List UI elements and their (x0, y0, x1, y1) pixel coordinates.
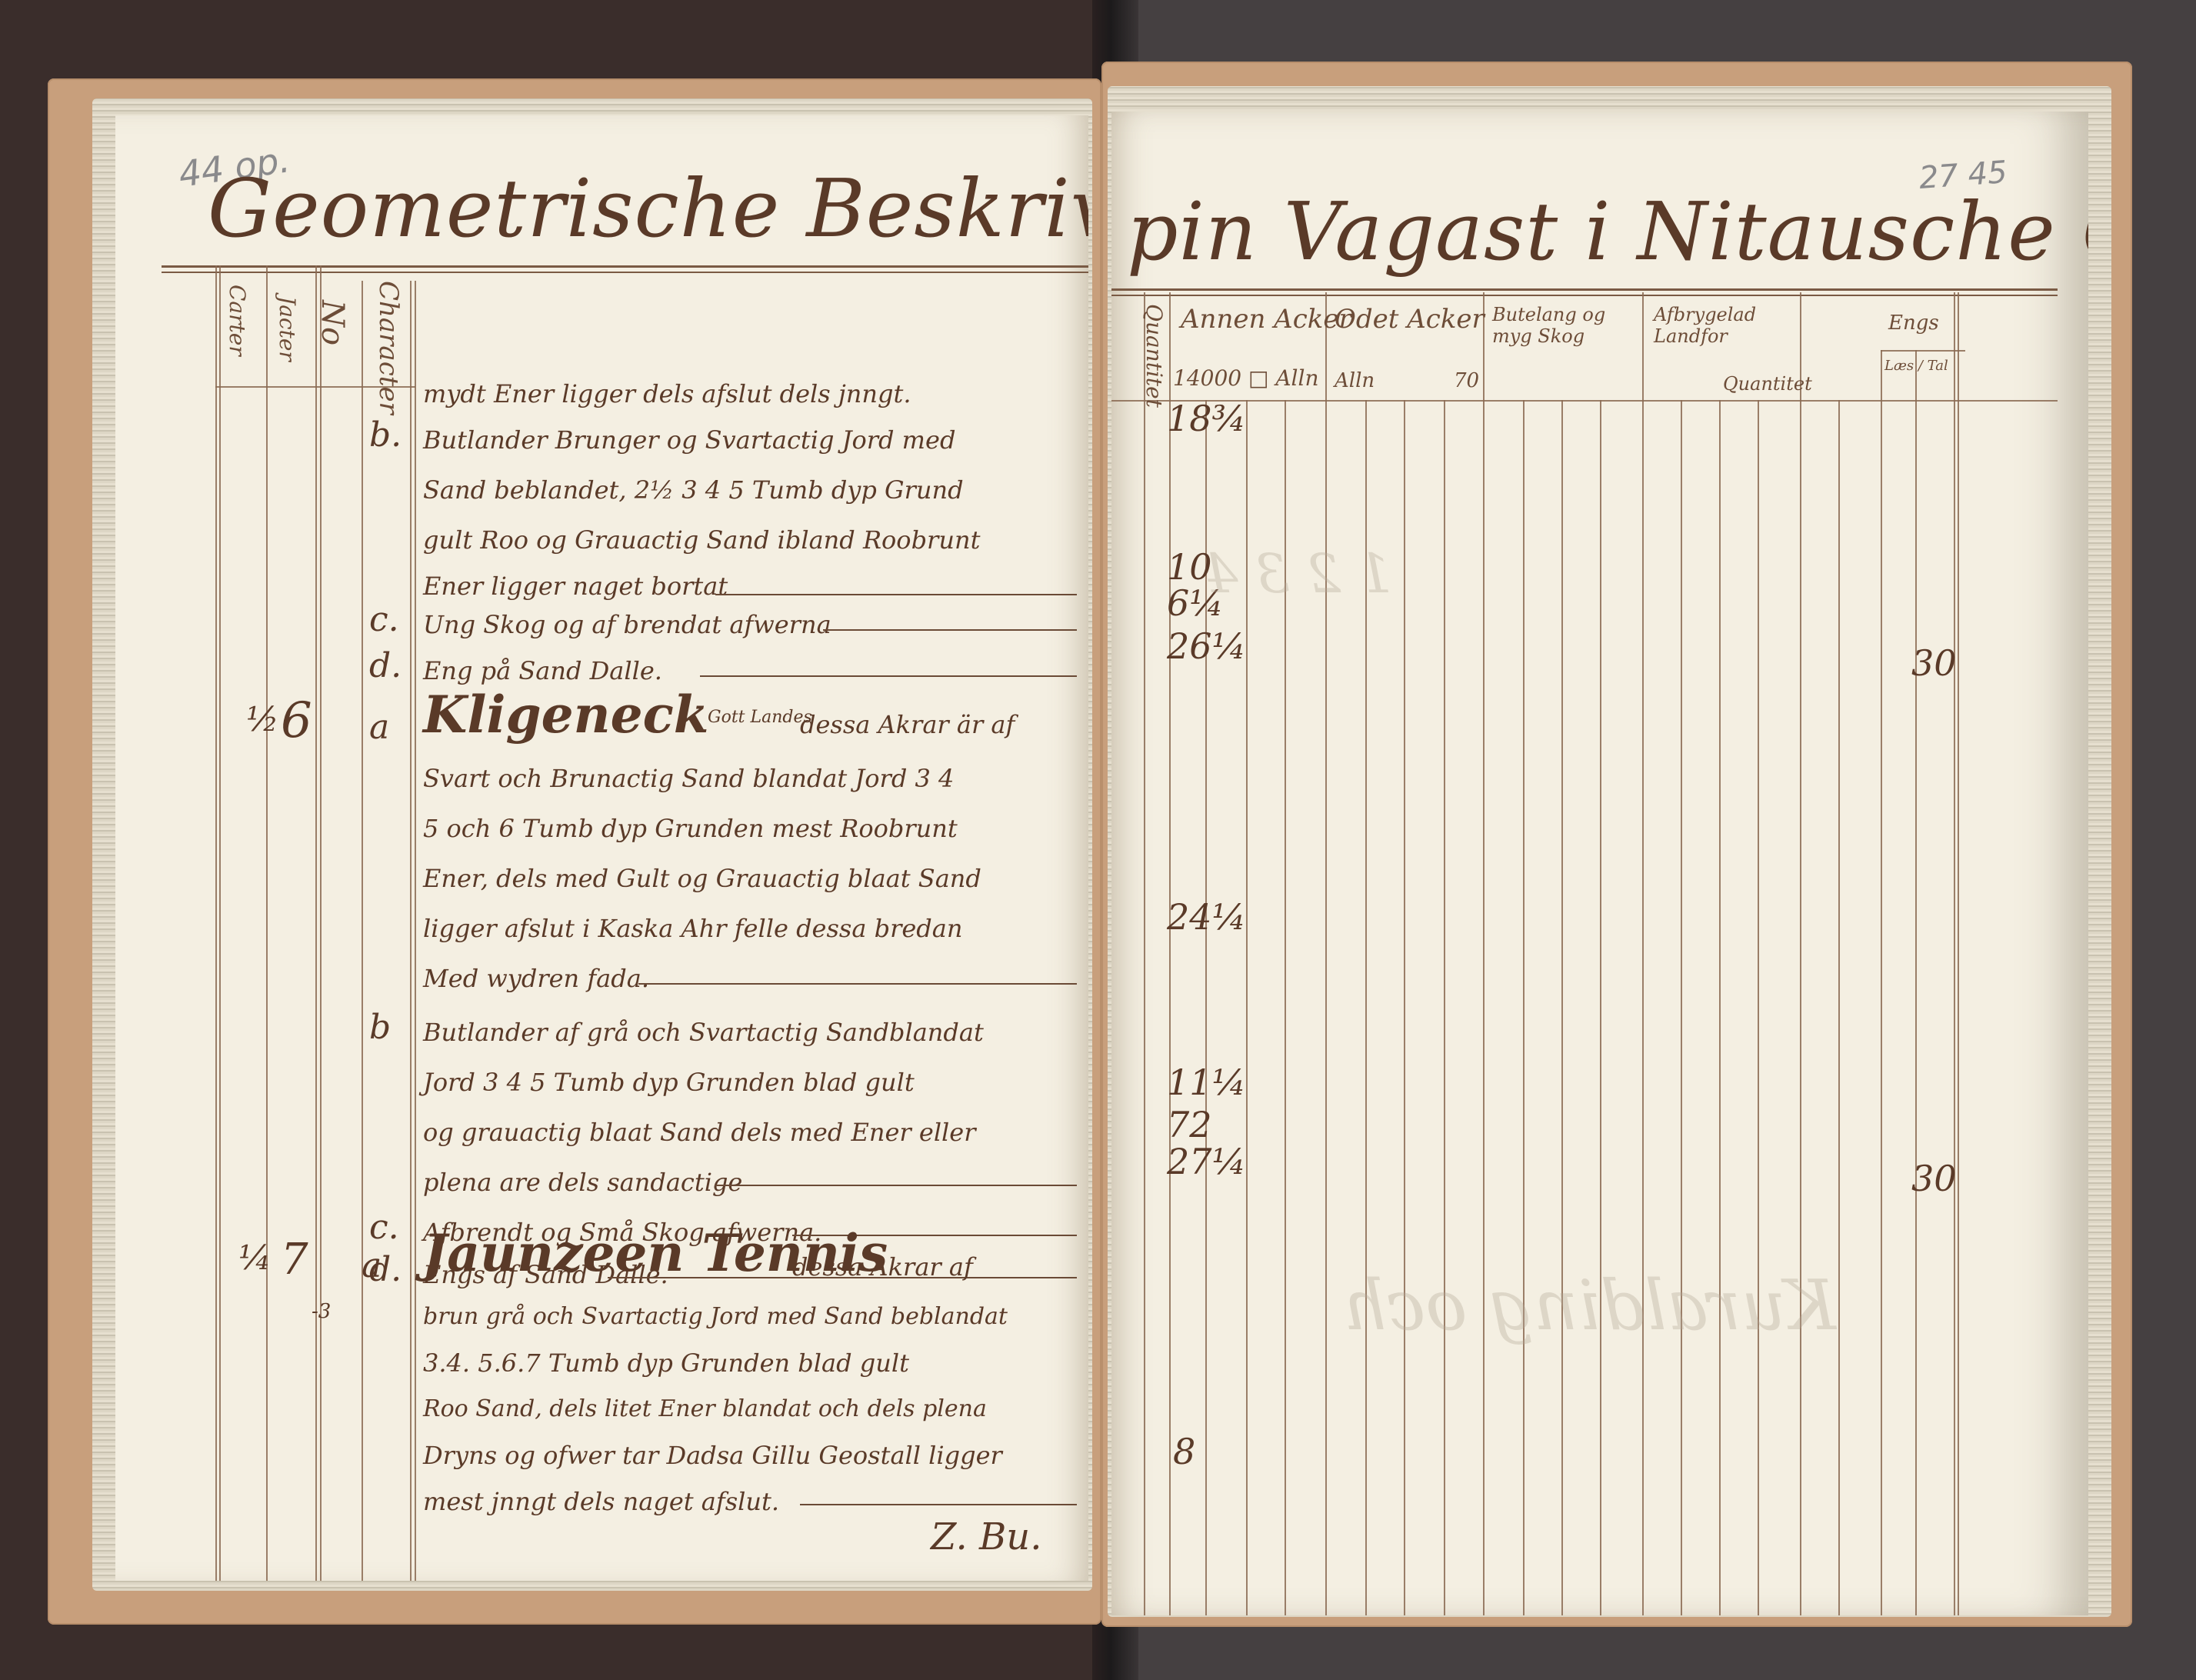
entry-line: dessa Akrar är af (800, 700, 1015, 749)
carter-value: ½ (246, 700, 279, 739)
entry-line: Ung Skog og af brendat afwerna (423, 600, 831, 649)
entry-line: mest jnngt dels naget afslut. (423, 1477, 779, 1526)
col-header-butelang: Butelang og myg Skog (1492, 304, 1638, 347)
entry-line: Ener, dels med Gult og Grauactig blaat S… (423, 854, 981, 903)
col-subheader-annen-acker: Alln (1335, 369, 1375, 392)
quantity-value: 24¼ (1167, 896, 1246, 938)
col-header-no: No (315, 300, 350, 345)
entry-line: Dryns og ofwer tar Dadsa Gillu Geostall … (423, 1431, 1002, 1480)
col-line (1681, 400, 1682, 1615)
col-line (1642, 292, 1644, 1615)
signature: Z. Bu. (931, 1515, 1041, 1558)
entry-underline (715, 1185, 1077, 1186)
header-rule-top2 (1111, 295, 2058, 296)
quantity-value: 26¼ (1167, 625, 1246, 667)
char-mark: b (369, 1008, 391, 1047)
bleed-through-text: 1 2 3 4 (1204, 542, 1392, 605)
entry-underline (800, 1504, 1077, 1505)
entry-line: 3.4. 5.6.7 Tumb dyp Grunden blad gult (423, 1338, 909, 1388)
engs-value: 30 (1911, 642, 1957, 684)
quantity-value: 8 (1173, 1431, 1195, 1472)
char-mark: a (369, 708, 389, 747)
carter-value: ¼ (238, 1238, 272, 1278)
col-line (1719, 400, 1721, 1615)
col-line (1915, 350, 1917, 1615)
col-line (1800, 292, 1801, 1615)
title-right: pin Vagast i Nitausche Gebiet . (1127, 185, 2088, 278)
col-line (266, 265, 268, 1581)
jacter-value: 6 (281, 692, 312, 749)
char-mark: c. (369, 600, 399, 639)
col-line (320, 265, 322, 1581)
col-line (1838, 400, 1840, 1615)
header-rule-top (1111, 288, 2058, 291)
entry-line: mydt Ener ligger dels afslut dels jnngt. (423, 369, 911, 418)
title-right-text: pin Vagast i Nitausche Gebiet . (1127, 185, 2088, 278)
entry-line: plena are dels sandactige (423, 1158, 742, 1207)
char-mark: c. (369, 1208, 399, 1247)
col-line (315, 265, 317, 1581)
engs-value: 30 (1911, 1158, 1957, 1199)
entry-line: brun grå och Svartactig Jord med Sand be… (423, 1292, 1008, 1342)
col-line (1954, 292, 1955, 1615)
jacter-value: 7 (281, 1235, 308, 1285)
col-line (1600, 400, 1601, 1615)
engs-subheader-rule (1881, 350, 1965, 352)
col-header-carter: Carter (225, 285, 250, 356)
col-line (410, 281, 412, 1581)
col-header-annen-acker: Annen Acker (1181, 304, 1351, 335)
quantity-value: 18¾ (1167, 398, 1246, 439)
col-line (1523, 400, 1525, 1615)
col-line (1958, 292, 1959, 1615)
left-page: 44 op. Geometrische Beskrivning ofwer Ka… (115, 115, 1088, 1581)
char-mark: d. (369, 646, 402, 685)
col-line (1144, 292, 1145, 1615)
col-header-character: Character (373, 281, 404, 415)
right-page: 27 45 pin Vagast i Nitausche Gebiet . Qu… (1111, 112, 2088, 1615)
entry-line: gult Roo og Grauactig Sand ibland Roobru… (423, 515, 980, 565)
col-line (1404, 400, 1405, 1615)
col-subheader-odet-acker: 70 (1454, 369, 1479, 392)
col-line (362, 281, 363, 1581)
col-subheader-engs: Læs / Tal (1884, 358, 1948, 374)
title-left-text: Geometrische Beskrivning ofwer Kap (208, 162, 1088, 255)
title-left: Geometrische Beskrivning ofwer Kap (208, 162, 1088, 255)
col-line (1325, 292, 1327, 1615)
bleed-through-text: Kuralding och (1342, 1265, 1836, 1346)
carter-value: -3 (312, 1300, 331, 1323)
col-line (215, 265, 217, 1581)
col-subheader-afbrygelad: Quantitet (1723, 373, 1812, 395)
entry-line: ligger afslut i Kaska Ahr felle dessa br… (423, 904, 962, 953)
col-line (415, 281, 416, 1581)
entry-underline (638, 983, 1077, 985)
quantity-value: 11¼ (1167, 1062, 1246, 1103)
header-rule-top (162, 265, 1088, 268)
entry-line: Butlander af grå och Svartactig Sandblan… (423, 1008, 984, 1057)
col-line (1881, 350, 1882, 1615)
entry-underline (715, 594, 1077, 595)
parcel-note: Gott Landes (708, 708, 812, 727)
col-header-quantitet: Quantitet (1141, 304, 1167, 408)
col-line (1444, 400, 1445, 1615)
header-rule-top2 (162, 272, 1088, 273)
col-line (219, 265, 221, 1581)
entry-line: Svart och Brunactig Sand blandat Jord 3 … (423, 754, 954, 803)
entry-underline (700, 675, 1077, 677)
entry-line: 5 och 6 Tumb dyp Grunden mest Roobrunt (423, 804, 958, 853)
col-subheader-quantitet: 14000 □ Alln (1173, 365, 1319, 391)
quantity-value: 72 (1167, 1104, 1212, 1145)
parcel-name-kligeneck: Kligeneck (423, 685, 709, 745)
col-line (1561, 400, 1563, 1615)
col-line (1483, 292, 1485, 1615)
entry-line: dessa Akrar af (792, 1242, 973, 1292)
quantity-value: 27¼ (1167, 1141, 1246, 1182)
entry-line: Roo Sand, dels litet Ener blandat och de… (423, 1385, 987, 1434)
entry-line: Sand beblandet, 2½ 3 4 5 Tumb dyp Grund (423, 465, 964, 515)
col-header-engs: Engs (1888, 312, 1939, 335)
entry-line: Med wydren fada. (423, 954, 649, 1003)
char-mark: a (362, 1246, 382, 1285)
entry-line: Butlander Brunger og Svartactig Jord med (423, 415, 955, 465)
entry-underline (823, 629, 1077, 631)
col-header-jacter: Jacter (275, 296, 300, 362)
char-mark: b. (369, 415, 402, 455)
col-line (1169, 292, 1171, 1615)
entry-line: og grauactig blaat Sand dels med Ener el… (423, 1108, 976, 1157)
col-header-odet-acker: Odet Acker (1335, 304, 1485, 335)
col-header-afbrygelad: Afbrygelad Landfor (1654, 304, 1792, 347)
col-line (1758, 400, 1759, 1615)
entry-line: Jord 3 4 5 Tumb dyp Grunden blad gult (423, 1058, 915, 1107)
